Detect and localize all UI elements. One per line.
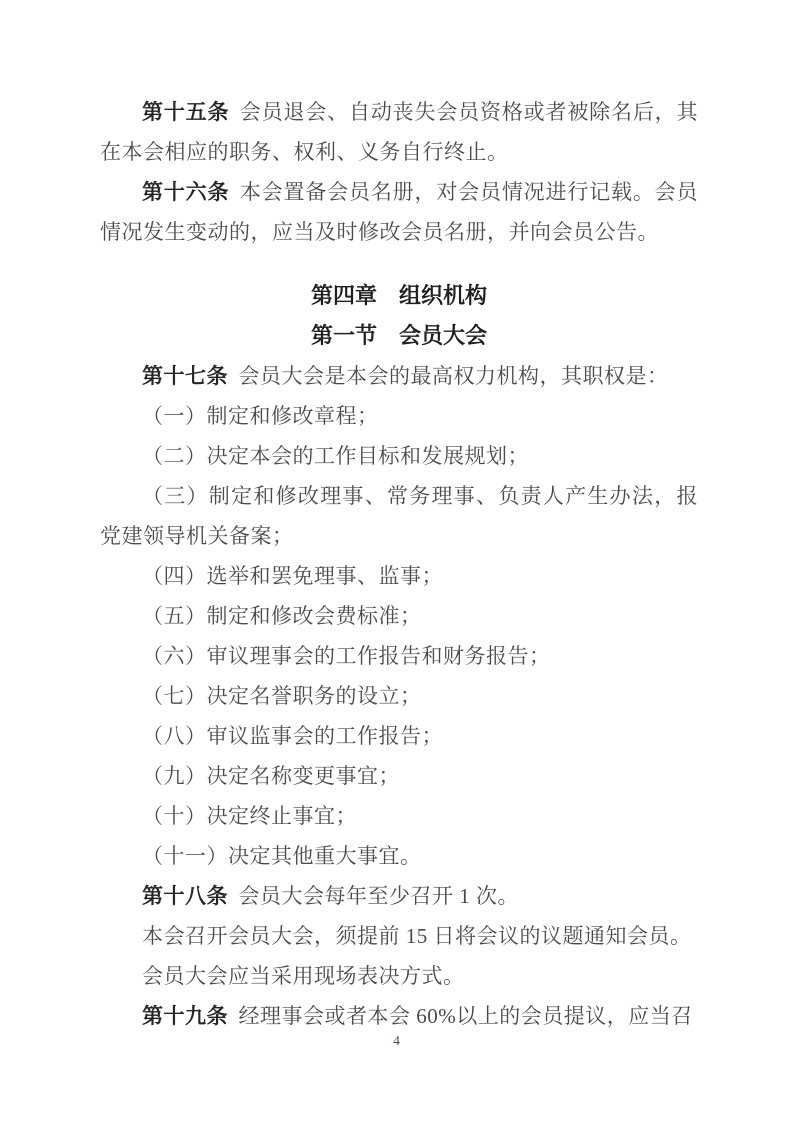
article-19-number: 第十九条	[142, 1004, 239, 1028]
article-17-text: 会员大会是本会的最高权力机构，其职权是：	[239, 364, 669, 388]
article-17-number: 第十七条	[142, 364, 239, 388]
article-19-text: 经理事会或者本会 60%以上的会员提议，应当召	[239, 1004, 693, 1028]
article-18-number: 第十八条	[142, 884, 239, 908]
paragraph-article-15: 第十五条会员退会、自动丧失会员资格或者被除名后，其在本会相应的职务、权利、义务自…	[100, 92, 698, 172]
document-content: 第十五条会员退会、自动丧失会员资格或者被除名后，其在本会相应的职务、权利、义务自…	[100, 92, 698, 1036]
list-item-5: （五）制定和修改会费标准；	[100, 596, 698, 636]
list-item-1: （一）制定和修改章程；	[100, 396, 698, 436]
list-item-2: （二）决定本会的工作目标和发展规划；	[100, 436, 698, 476]
article-18-text: 会员大会每年至少召开 1 次。	[239, 884, 520, 908]
paragraph-article-18-note-2: 会员大会应当采用现场表决方式。	[100, 956, 698, 996]
article-15-number: 第十五条	[142, 100, 240, 124]
paragraph-article-16: 第十六条本会置备会员名册，对会员情况进行记载。会员情况发生变动的，应当及时修改会…	[100, 172, 698, 252]
list-item-4: （四）选举和罢免理事、监事；	[100, 556, 698, 596]
chapter-heading: 第四章 组织机构	[100, 276, 698, 316]
article-16-number: 第十六条	[142, 180, 240, 204]
list-item-9: （九）决定名称变更事宜；	[100, 756, 698, 796]
page-number: 4	[0, 1034, 793, 1050]
paragraph-article-18: 第十八条会员大会每年至少召开 1 次。	[100, 876, 698, 916]
list-item-6: （六）审议理事会的工作报告和财务报告；	[100, 636, 698, 676]
list-item-10: （十）决定终止事宜；	[100, 796, 698, 836]
document-page: 第十五条会员退会、自动丧失会员资格或者被除名后，其在本会相应的职务、权利、义务自…	[0, 0, 793, 1122]
paragraph-article-19: 第十九条经理事会或者本会 60%以上的会员提议，应当召	[100, 996, 698, 1036]
paragraph-article-18-note-1: 本会召开会员大会，须提前 15 日将会议的议题通知会员。	[100, 916, 698, 956]
list-item-8: （八）审议监事会的工作报告；	[100, 716, 698, 756]
list-item-11: （十一）决定其他重大事宜。	[100, 836, 698, 876]
section-heading: 第一节 会员大会	[100, 316, 698, 356]
list-item-3: （三）制定和修改理事、常务理事、负责人产生办法，报党建领导机关备案；	[100, 476, 698, 556]
paragraph-article-17: 第十七条会员大会是本会的最高权力机构，其职权是：	[100, 356, 698, 396]
list-item-7: （七）决定名誉职务的设立；	[100, 676, 698, 716]
